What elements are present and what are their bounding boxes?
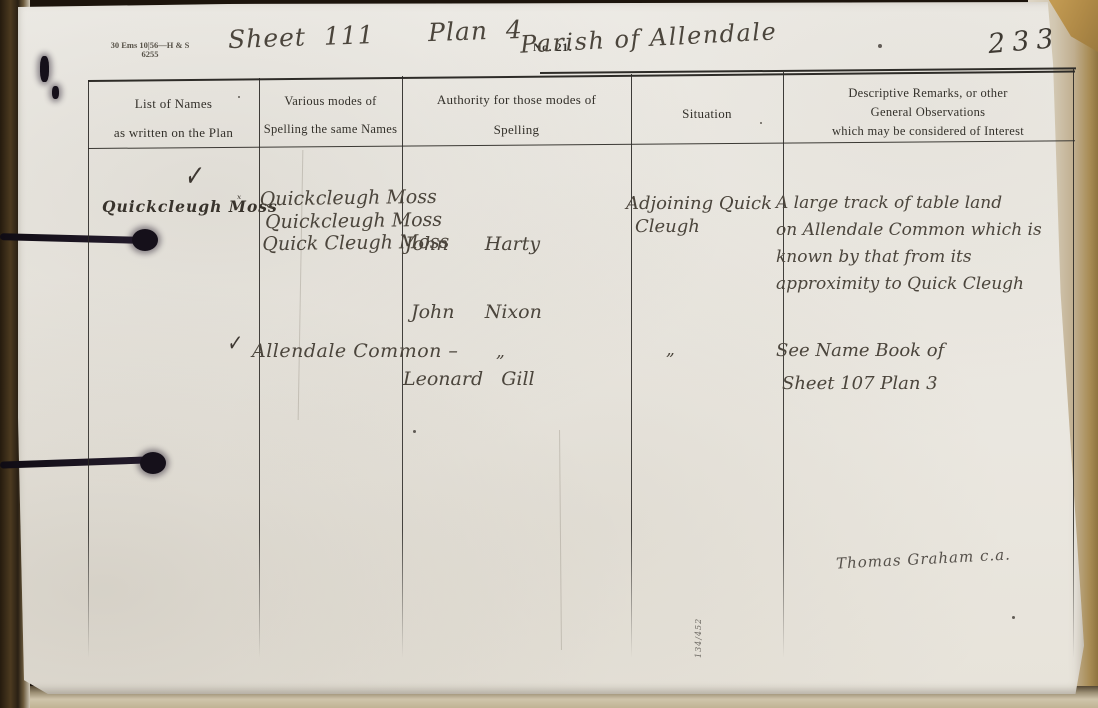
imprint-line: 6255: [90, 50, 210, 59]
ink-speck: [1012, 616, 1015, 619]
remarks-entry: A large track of table land on Allendale…: [776, 190, 1042, 298]
authority-line: Leonard Gill: [403, 368, 542, 391]
pencil-mark: 134/452: [694, 618, 703, 658]
table-grid-line: [631, 74, 632, 658]
authority-line: John Harty: [405, 233, 542, 256]
binding-hole: [132, 229, 158, 251]
page-number: 233: [987, 23, 1062, 60]
header-line: General Observations: [783, 105, 1073, 120]
situation-entry: Adjoining Quick Cleugh: [626, 192, 772, 238]
header-line: Spelling: [402, 122, 631, 138]
column-header-names: List of Names as written on the Plan: [88, 96, 259, 141]
table-grid-line: [402, 76, 403, 658]
header-line: List of Names: [88, 96, 259, 112]
remarks-line: Sheet 107 Plan 3: [782, 373, 944, 394]
remarks-line: known by that from its: [776, 244, 1042, 271]
situation-line: Adjoining Quick: [626, 192, 772, 215]
printers-imprint: 30 Ems 10|56—H & S 6255: [90, 41, 210, 59]
remarks-line: A large track of table land: [776, 190, 1042, 217]
ink-blot: [40, 56, 49, 82]
reference-mark: ˣ: [237, 192, 241, 206]
header-line: Spelling the same Names: [257, 122, 404, 137]
ink-speck: [878, 44, 882, 48]
name-entry: Quickcleugh Moss: [102, 197, 278, 216]
column-header-situation: Situation: [631, 106, 783, 122]
header-line: Authority for those modes of: [402, 92, 631, 108]
name-entry: Allendale Common –: [252, 340, 458, 362]
column-header-remarks: Descriptive Remarks, or other General Ob…: [783, 86, 1073, 139]
table-grid-line: [259, 78, 260, 658]
header-line: Various modes of: [257, 94, 404, 109]
column-header-spelling: Various modes of Spelling the same Names: [257, 94, 404, 137]
authority-line: John Nixon: [411, 301, 542, 324]
ditto-mark-authority: „: [496, 342, 505, 362]
column-header-authority: Authority for those modes of Spelling: [402, 92, 631, 138]
remarks-line: See Name Book of: [776, 340, 944, 361]
remarks-line: approximity to Quick Cleugh: [776, 271, 1042, 298]
table-grid-line: [1073, 69, 1074, 658]
situation-line: Cleugh: [635, 215, 772, 238]
remarks-entry: See Name Book of Sheet 107 Plan 3: [776, 340, 944, 394]
ink-speck: [760, 122, 762, 124]
scanned-name-book-page: 30 Ems 10|56—H & S 6255 Sheet 111 Plan 4…: [0, 0, 1098, 708]
ditto-mark-situation: „: [666, 340, 675, 360]
header-line: which may be considered of Interest: [783, 124, 1073, 139]
remarks-line: on Allendale Common which is: [776, 217, 1042, 244]
tick-mark: ✓: [227, 329, 244, 358]
binding-hole: [140, 452, 166, 474]
ink-blot: [52, 86, 59, 99]
header-line: as written on the Plan: [88, 125, 259, 141]
header-line: Descriptive Remarks, or other: [783, 86, 1073, 101]
authority-entries: John Harty John Nixon Leonard Gill: [405, 188, 542, 436]
table-grid-line: [88, 80, 89, 658]
header-line: Situation: [631, 106, 783, 122]
